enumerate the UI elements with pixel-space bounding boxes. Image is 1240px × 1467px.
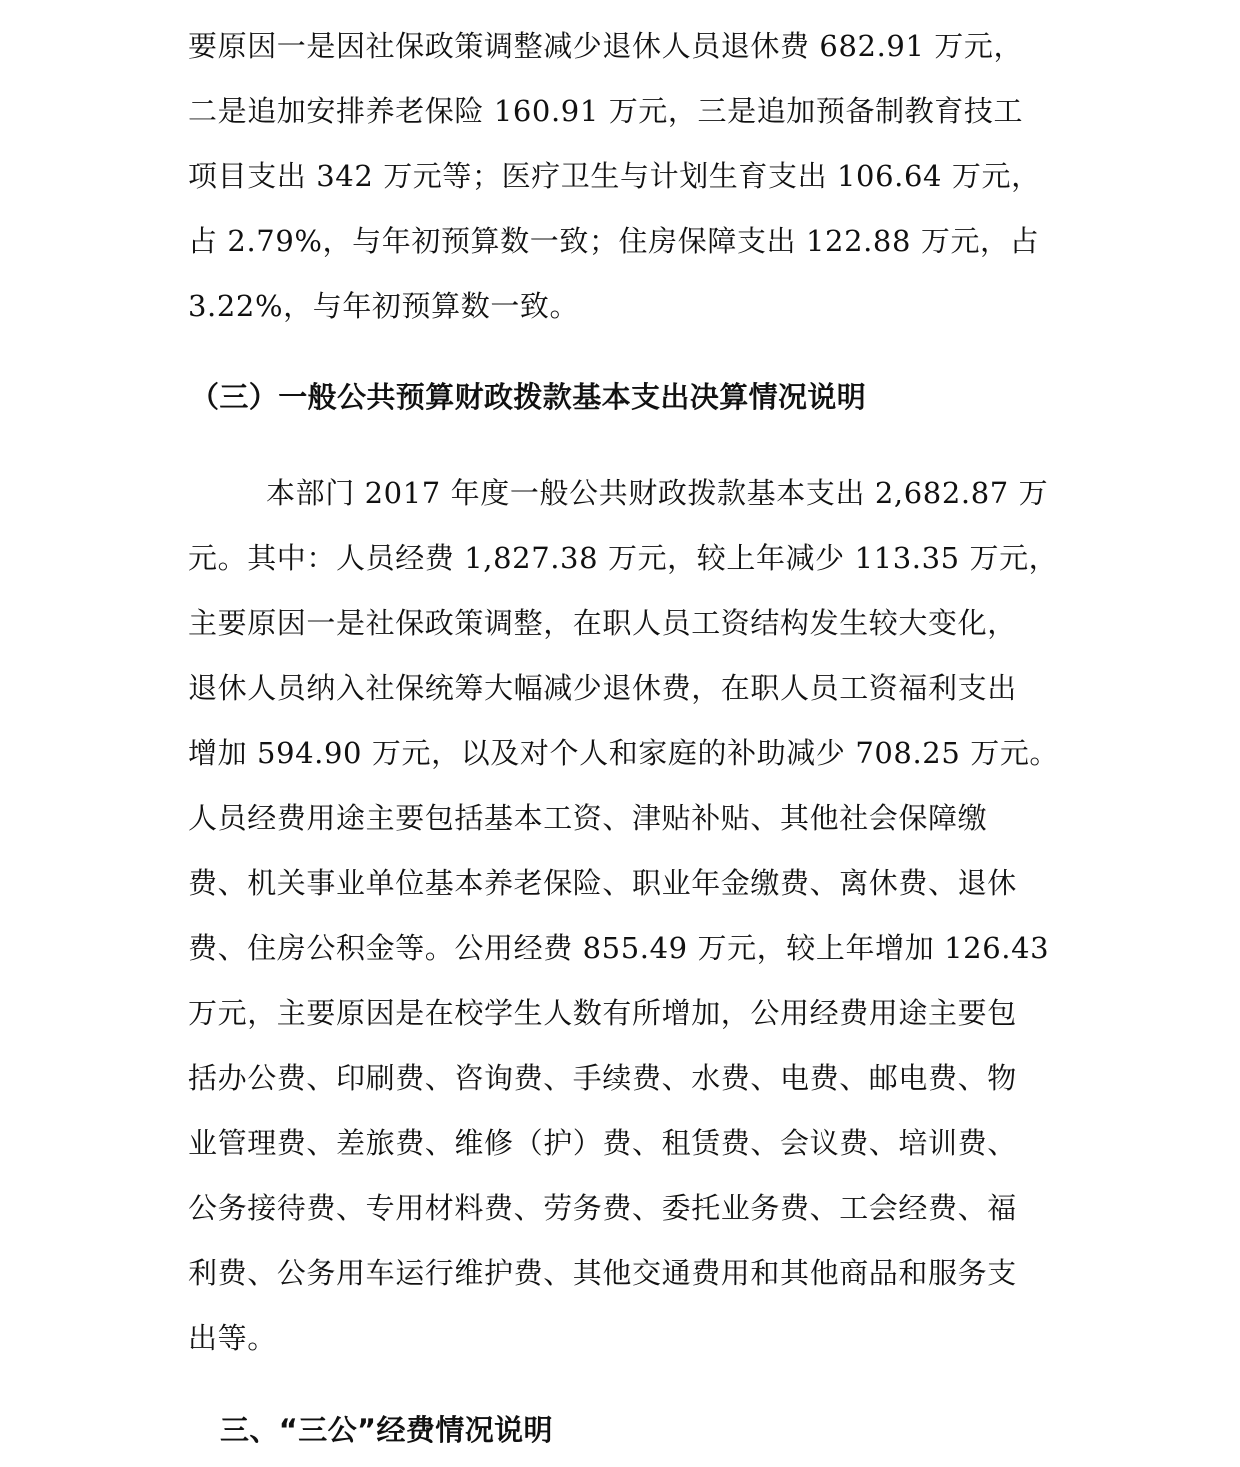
document-page: 要原因一是因社保政策调整减少退休人员退休费 682.91 万元， 二是追加安排养… — [0, 0, 1240, 1467]
text-line: 公务接待费、专用材料费、劳务费、委托业务费、工会经费、福 — [188, 1188, 1017, 1228]
text-line: 括办公费、印刷费、咨询费、手续费、水费、电费、邮电费、物 — [188, 1058, 1017, 1098]
text-line: 二是追加安排养老保险 160.91 万元，三是追加预备制教育技工 — [188, 91, 1023, 131]
text-line: 元。其中：人员经费 1,827.38 万元，较上年减少 113.35 万元， — [188, 538, 1058, 578]
text-line: 增加 594.90 万元，以及对个人和家庭的补助减少 708.25 万元。 — [188, 733, 1059, 773]
section-heading: （三）一般公共预算财政拨款基本支出决算情况说明 — [190, 377, 866, 417]
text-line: 业管理费、差旅费、维修（护）费、租赁费、会议费、培训费、 — [188, 1123, 1017, 1163]
text-line: 本部门 2017 年度一般公共财政拨款基本支出 2,682.87 万 — [266, 473, 1048, 513]
text-line: 费、机关事业单位基本养老保险、职业年金缴费、离休费、退休 — [188, 863, 1017, 903]
text-line: 主要原因一是社保政策调整，在职人员工资结构发生较大变化， — [188, 603, 1017, 643]
text-line: 出等。 — [188, 1318, 277, 1358]
text-line: 项目支出 342 万元等；医疗卫生与计划生育支出 106.64 万元， — [188, 156, 1041, 196]
text-line: 要原因一是因社保政策调整减少退休人员退休费 682.91 万元， — [188, 26, 1023, 66]
text-line: 人员经费用途主要包括基本工资、津贴补贴、其他社会保障缴 — [188, 798, 987, 838]
text-line: 万元，主要原因是在校学生人数有所增加，公用经费用途主要包 — [188, 993, 1017, 1033]
text-line: 3.22%，与年初预算数一致。 — [188, 286, 579, 326]
text-line: 利费、公务用车运行维护费、其他交通费用和其他商品和服务支 — [188, 1253, 1017, 1293]
text-line: 费、住房公积金等。公用经费 855.49 万元，较上年增加 126.43 — [188, 928, 1049, 968]
chapter-heading: 三、“三公”经费情况说明 — [220, 1410, 553, 1450]
text-line: 退休人员纳入社保统筹大幅减少退休费，在职人员工资福利支出 — [188, 668, 1017, 708]
text-line: 占 2.79%，与年初预算数一致；住房保障支出 122.88 万元，占 — [188, 221, 1039, 261]
